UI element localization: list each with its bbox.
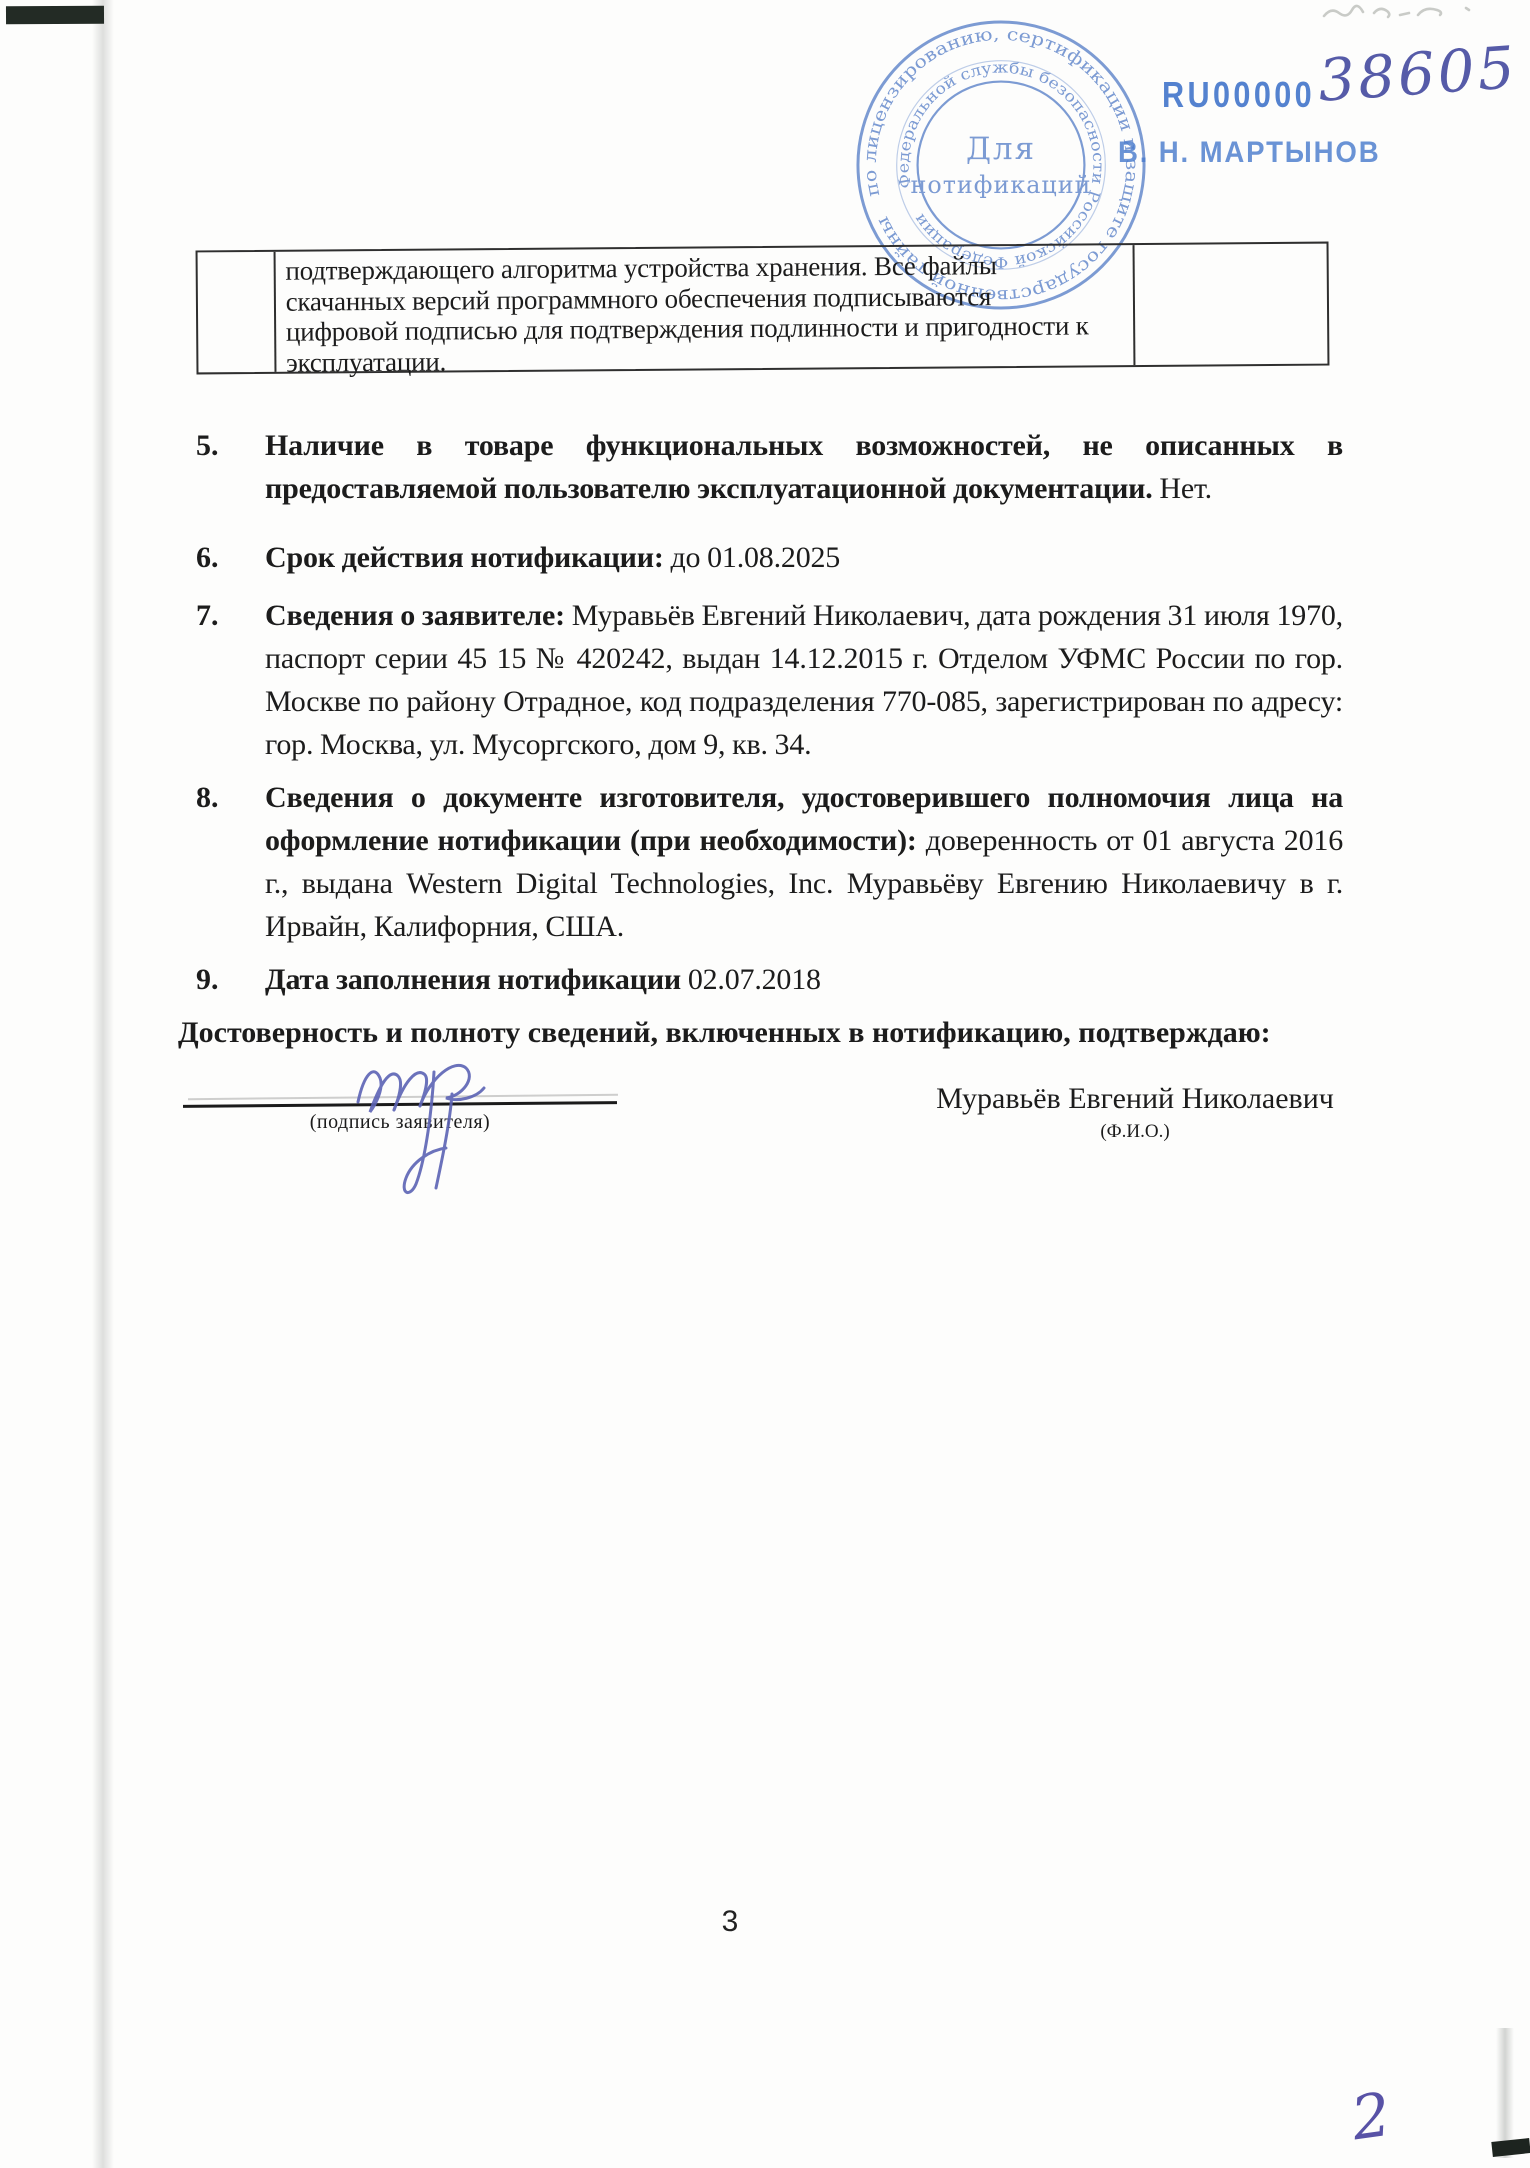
item-9-label: Дата заполнения нотификации	[265, 963, 681, 996]
item-9: 9. Дата заполнения нотификации 02.07.201…	[196, 958, 1343, 1001]
official-name-stamp: В. Н. МАРТЫНОВ	[1118, 136, 1380, 170]
stamp-center-text-line2: нотификаций	[911, 171, 1092, 199]
stamp-center-text-line1: Для	[966, 131, 1036, 167]
item-5-value: Нет.	[1159, 472, 1212, 505]
continuation-table: подтверждающего алгоритма устройства хра…	[196, 242, 1330, 375]
item-9-number: 9.	[196, 958, 219, 1001]
handwritten-signature	[330, 1038, 560, 1208]
item-6-number: 6.	[196, 536, 219, 579]
registration-number-handwritten: 38605	[1316, 33, 1520, 115]
scanned-document-page: по лицензированию, сертификации и защите…	[0, 0, 1530, 2168]
item-8-text: Сведения о документе изготовителя, удост…	[265, 776, 1343, 948]
item-7: 7. Сведения о заявителе: Муравьёв Евгени…	[196, 594, 1343, 766]
item-5-text: Наличие в товаре функциональных возможно…	[265, 424, 1343, 510]
scan-edge-band-bottom-right	[1496, 2028, 1514, 2158]
item-6: 6. Срок действия нотификации: до 01.08.2…	[196, 536, 1343, 579]
item-5: 5. Наличие в товаре функциональных возмо…	[196, 424, 1343, 510]
item-9-value: 02.07.2018	[688, 963, 821, 996]
table-cell-number	[198, 252, 277, 373]
table-cell-description: подтверждающего алгоритма устройства хра…	[275, 245, 1135, 372]
item-6-value: до 01.08.2025	[670, 541, 840, 574]
item-5-number: 5.	[196, 424, 219, 467]
registration-code-stamp: RU00000	[1162, 74, 1315, 116]
item-9-text: Дата заполнения нотификации 02.07.2018	[265, 958, 1343, 1001]
scan-corner-mark-top-left	[6, 6, 104, 25]
item-6-text: Срок действия нотификации: до 01.08.2025	[265, 536, 1343, 579]
signatory-name: Муравьёв Евгений Николаевич	[930, 1082, 1340, 1116]
page-number: 3	[690, 1905, 770, 1939]
scan-corner-mark-bottom-right	[1491, 2138, 1530, 2157]
signatory-name-caption: (Ф.И.О.)	[930, 1121, 1340, 1143]
item-8: 8. Сведения о документе изготовителя, уд…	[196, 776, 1343, 948]
item-7-text: Сведения о заявителе: Муравьёв Евгений Н…	[265, 594, 1343, 766]
item-7-label: Сведения о заявителе:	[265, 599, 565, 632]
pencil-marks	[1318, 0, 1478, 30]
table-cell-note	[1134, 244, 1327, 366]
handwritten-sheet-number: 2	[1347, 2080, 1395, 2155]
item-8-number: 8.	[196, 776, 219, 819]
scan-edge-band-left	[92, 0, 114, 2168]
item-7-number: 7.	[196, 594, 219, 637]
item-6-label: Срок действия нотификации:	[265, 541, 664, 574]
